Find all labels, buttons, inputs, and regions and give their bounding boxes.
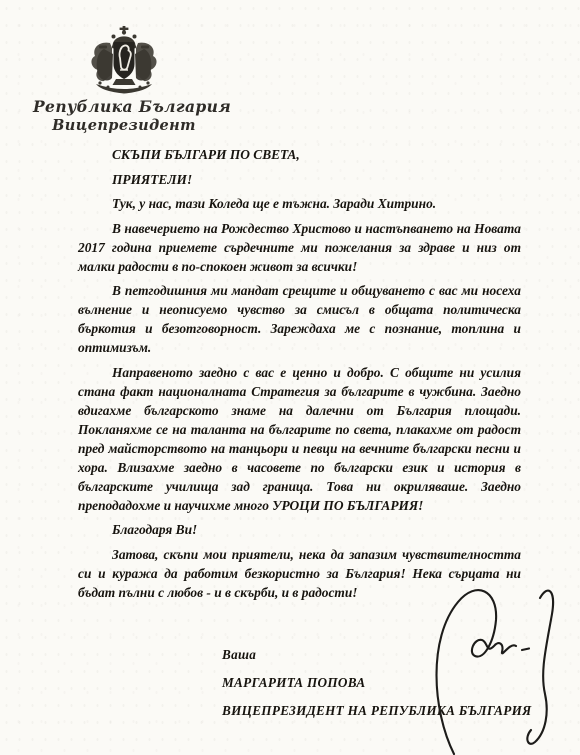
letterhead-country: Република България [33, 98, 215, 115]
bulgaria-coat-of-arms-icon [86, 26, 162, 94]
letter-paragraph-4: Направеното заедно с вас е ценно и добро… [78, 363, 521, 515]
letter-body: СКЪПИ БЪЛГАРИ ПО СВЕТА, ПРИЯТЕЛИ! Тук, у… [78, 145, 521, 607]
letter-paragraph-2: В навечерието на Рождество Христово и на… [78, 219, 521, 276]
letter-paragraph-1: Тук, у нас, тази Коледа ще е тъжна. Зара… [78, 194, 521, 213]
letter-paragraph-3: В петгодишния ми мандат срещите и общува… [78, 281, 521, 357]
salutation-line-1: СКЪПИ БЪЛГАРИ ПО СВЕТА, [78, 145, 521, 164]
letter-paragraph-5: Благодаря Ви! [78, 520, 521, 539]
letter-page: Република България Вицепрезидент СКЪПИ Б… [0, 0, 580, 755]
letterhead: Република България Вицепрезидент [33, 26, 215, 135]
salutation-line-2: ПРИЯТЕЛИ! [78, 170, 521, 189]
handwritten-signature-icon [418, 580, 568, 755]
letterhead-office: Вицепрезидент [33, 118, 215, 134]
